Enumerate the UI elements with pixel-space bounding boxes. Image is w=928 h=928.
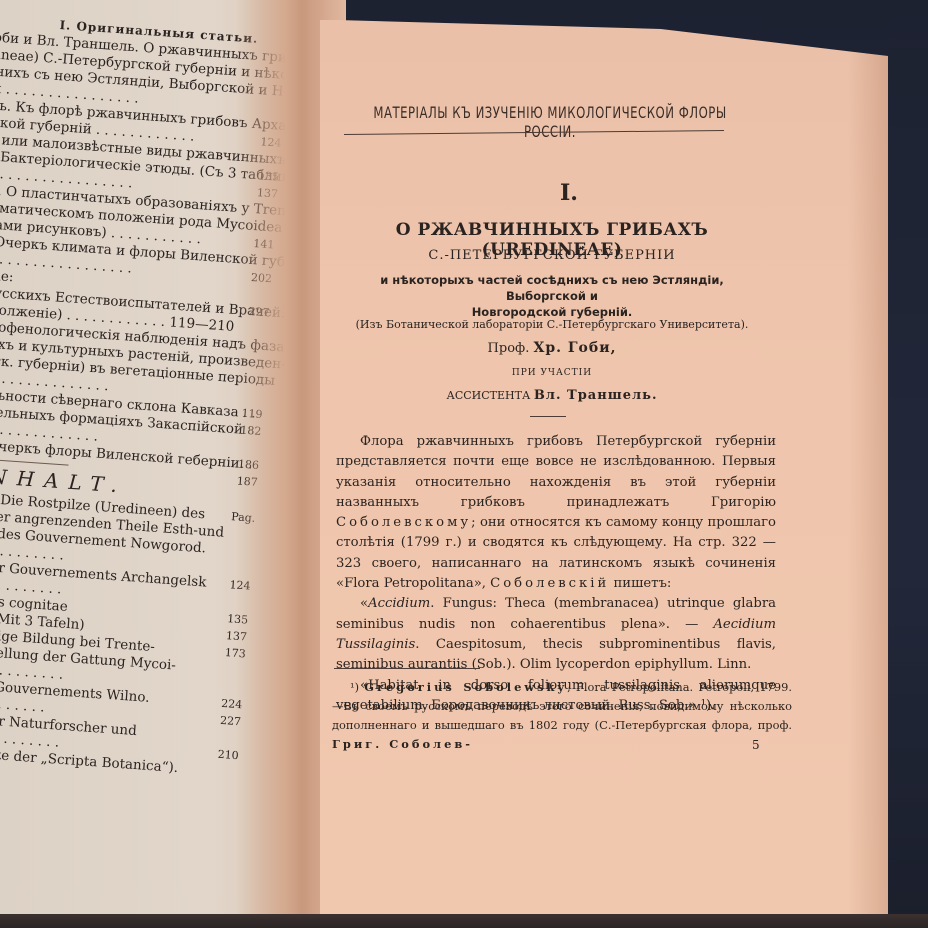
short-divider (530, 416, 566, 417)
article-author: Проф. Хр. Гоби, (342, 340, 762, 356)
page-number: 5 (752, 738, 760, 752)
footnote: ¹) Gregorius Sobolewsky, Flora Petropoli… (332, 678, 792, 754)
book-spine-edge (0, 914, 928, 928)
section-number: I. (560, 180, 578, 206)
participation-label: ПРИ УЧАСТІИ (342, 368, 762, 378)
assistant: АССИСТЕНТА Вл. Траншель. (342, 388, 762, 403)
contents-list-de: ranzschel. Die Rostpilze (Uredineen) des… (0, 487, 266, 782)
running-head: МАТЕРІАЛЫ КЪ ИЗУЧЕНІЮ МИКОЛОГИЧЕСКОЙ ФЛО… (360, 104, 740, 142)
footnote-rule (334, 668, 480, 669)
author-prefix: Проф. (488, 341, 530, 356)
right-page: МАТЕРІАЛЫ КЪ ИЗУЧЕНІЮ МИКОЛОГИЧЕСКОЙ ФЛО… (320, 20, 888, 920)
paragraph-1: Флора ржавчинныхъ грибовъ Петербургской … (336, 432, 776, 594)
assistant-prefix: АССИСТЕНТА (447, 389, 531, 402)
paragraph-2: «Accidium. Fungus: Theca (membranacea) u… (336, 594, 776, 675)
article-origin: (Изъ Ботанической лабораторіи С.-Петербу… (342, 318, 762, 331)
assistant-name: Вл. Траншель. (534, 388, 658, 403)
article-body: Флора ржавчинныхъ грибовъ Петербургской … (336, 432, 776, 716)
author-name: Хр. Гоби, (533, 340, 616, 356)
article-subtitle: С.-ПЕТЕРБУРГСКОЙ ГУБЕРНІИ (342, 248, 762, 263)
article-subtitle-2: и нѣкоторыхъ частей сосѣднихъ съ нею Эст… (342, 272, 762, 320)
subtitle-line: и нѣкоторыхъ частей сосѣднихъ съ нею Эст… (342, 272, 762, 304)
